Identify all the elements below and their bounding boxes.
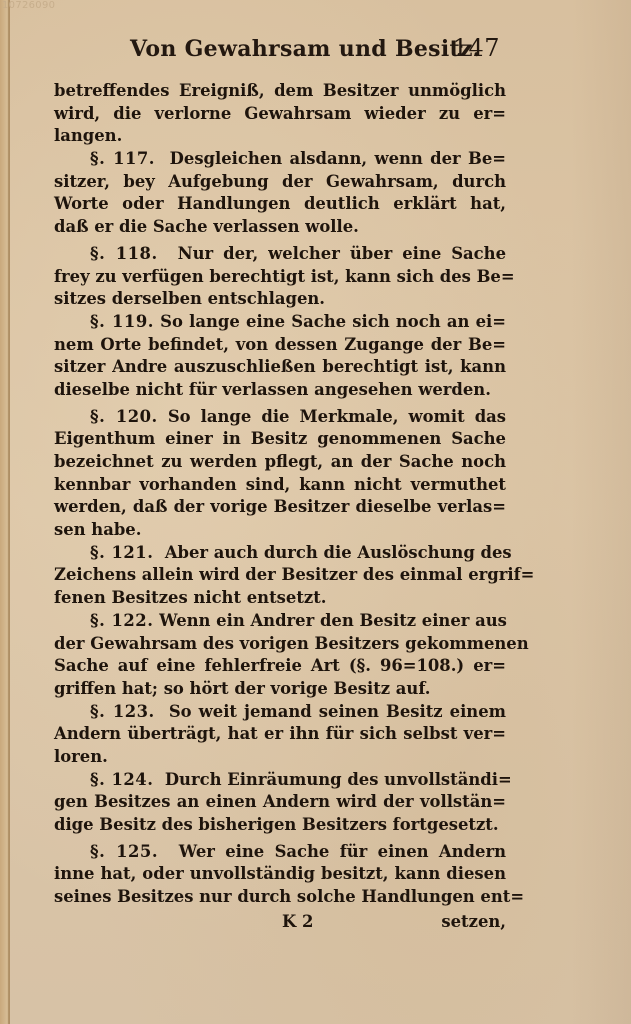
text-line: §. 120. So lange die Merkmale, womit das bbox=[54, 406, 506, 429]
text-line: kennbar vorhanden sind, kann nicht vermu… bbox=[54, 474, 506, 497]
text-line: inne hat, oder unvollständig besitzt, ka… bbox=[54, 863, 506, 886]
text-line: Andern überträgt, hat er ihn für sich se… bbox=[54, 723, 506, 746]
line-text: Aber auch durch die Auslöschung des bbox=[165, 543, 512, 562]
paragraph-117: §. 117. Desgleichen alsdann, wenn der Be… bbox=[54, 148, 506, 239]
text-line: bezeichnet zu werden pflegt, an der Sach… bbox=[54, 451, 506, 474]
text-line: sen habe. bbox=[54, 519, 506, 542]
catalog-id: 10726090 bbox=[2, 0, 55, 11]
page-number: 147 bbox=[453, 34, 500, 62]
text-line: §. 122. Wenn ein Andrer den Besitz einer… bbox=[54, 610, 506, 633]
book-page: 10726090 Von Gewahrsam und Besitz. 147 b… bbox=[0, 0, 631, 1024]
text-line: loren. bbox=[54, 746, 506, 769]
text-line: Worte oder Handlungen deutlich erklärt h… bbox=[54, 193, 506, 216]
text-line: griffen hat; so hört der vorige Besitz a… bbox=[54, 678, 506, 701]
catchword: setzen, bbox=[441, 912, 506, 931]
text-line: frey zu verfügen berechtigt ist, kann si… bbox=[54, 266, 506, 289]
running-head: Von Gewahrsam und Besitz. 147 bbox=[130, 34, 500, 68]
text-line: langen. bbox=[54, 125, 506, 148]
page-shadow bbox=[571, 0, 631, 1024]
text-line: gen Besitzes an einen Andern wird der vo… bbox=[54, 791, 506, 814]
section-number: §. 120. bbox=[90, 407, 158, 426]
paragraph-125: §. 125. Wer eine Sache für einen Andern … bbox=[54, 841, 506, 909]
paragraph-124: §. 124. Durch Einräumung des unvollständ… bbox=[54, 769, 506, 837]
text-line: werden, daß der vorige Besitzer dieselbe… bbox=[54, 496, 506, 519]
paragraph-119: §. 119. So lange eine Sache sich noch an… bbox=[54, 311, 506, 402]
text-line: dieselbe nicht für verlassen angesehen w… bbox=[54, 379, 506, 402]
text-line: §. 124. Durch Einräumung des unvollständ… bbox=[54, 769, 506, 792]
text-line: §. 117. Desgleichen alsdann, wenn der Be… bbox=[54, 148, 506, 171]
text-line: §. 119. So lange eine Sache sich noch an… bbox=[54, 311, 506, 334]
text-line: betreffendes Ereigniß, dem Besitzer unmö… bbox=[54, 80, 506, 103]
paragraph-121: §. 121. Aber auch durch die Auslöschung … bbox=[54, 542, 506, 610]
paragraph-122: §. 122. Wenn ein Andrer den Besitz einer… bbox=[54, 610, 506, 701]
section-number: §. 123. bbox=[90, 702, 155, 721]
line-text: Desgleichen alsdann, wenn der Be= bbox=[170, 149, 506, 168]
paragraph-123: §. 123. So weit jemand seinen Besitz ein… bbox=[54, 701, 506, 769]
page-footer: K 2 setzen, bbox=[54, 912, 506, 936]
section-number: §. 118. bbox=[90, 244, 158, 263]
text-line: seines Besitzes nur durch solche Handlun… bbox=[54, 886, 506, 909]
line-text: Wenn ein Andrer den Besitz einer aus bbox=[159, 611, 507, 630]
text-line: der Gewahrsam des vorigen Besitzers geko… bbox=[54, 633, 506, 656]
text-line: nem Orte befindet, von dessen Zugange de… bbox=[54, 334, 506, 357]
text-line: sitzes derselben entschlagen. bbox=[54, 288, 506, 311]
running-title: Von Gewahrsam und Besitz. bbox=[130, 36, 481, 62]
section-number: §. 121. bbox=[90, 543, 153, 562]
section-number: §. 125. bbox=[90, 842, 158, 861]
text-line: dige Besitz des bisherigen Besitzers for… bbox=[54, 814, 506, 837]
body-text: betreffendes Ereigniß, dem Besitzer unmö… bbox=[54, 80, 506, 909]
text-line: wird, die verlorne Gewahrsam wieder zu e… bbox=[54, 103, 506, 126]
text-line: §. 121. Aber auch durch die Auslöschung … bbox=[54, 542, 506, 565]
text-line: §. 123. So weit jemand seinen Besitz ein… bbox=[54, 701, 506, 724]
paragraph-continuation: betreffendes Ereigniß, dem Besitzer unmö… bbox=[54, 80, 506, 148]
text-line: Zeichens allein wird der Besitzer des ei… bbox=[54, 564, 506, 587]
section-number: §. 117. bbox=[90, 149, 155, 168]
section-number: §. 119. bbox=[90, 312, 154, 331]
line-text: So lange die Merkmale, womit das bbox=[168, 407, 506, 426]
text-line: Sache auf eine fehlerfreie Art (§. 96=10… bbox=[54, 655, 506, 678]
line-text: So lange eine Sache sich noch an ei= bbox=[160, 312, 506, 331]
line-text: Wer eine Sache für einen Andern bbox=[179, 842, 506, 861]
text-line: Eigenthum einer in Besitz genommenen Sac… bbox=[54, 428, 506, 451]
page-edge-line bbox=[8, 0, 10, 1024]
paragraph-118: §. 118. Nur der, welcher über eine Sache… bbox=[54, 243, 506, 311]
text-line: sitzer, bey Aufgebung der Gewahrsam, dur… bbox=[54, 171, 506, 194]
text-line: §. 125. Wer eine Sache für einen Andern bbox=[54, 841, 506, 864]
section-number: §. 124. bbox=[90, 770, 153, 789]
text-line: fenen Besitzes nicht entsetzt. bbox=[54, 587, 506, 610]
text-line: sitzer Andre auszuschließen berechtigt i… bbox=[54, 356, 506, 379]
line-text: Durch Einräumung des unvollständi= bbox=[165, 770, 512, 789]
text-line: §. 118. Nur der, welcher über eine Sache bbox=[54, 243, 506, 266]
paragraph-120: §. 120. So lange die Merkmale, womit das… bbox=[54, 406, 506, 542]
line-text: Nur der, welcher über eine Sache bbox=[178, 244, 506, 263]
section-number: §. 122. bbox=[90, 611, 153, 630]
signature-mark: K 2 bbox=[282, 912, 313, 931]
line-text: So weit jemand seinen Besitz einem bbox=[169, 702, 506, 721]
text-line: daß er die Sache verlassen wolle. bbox=[54, 216, 506, 239]
